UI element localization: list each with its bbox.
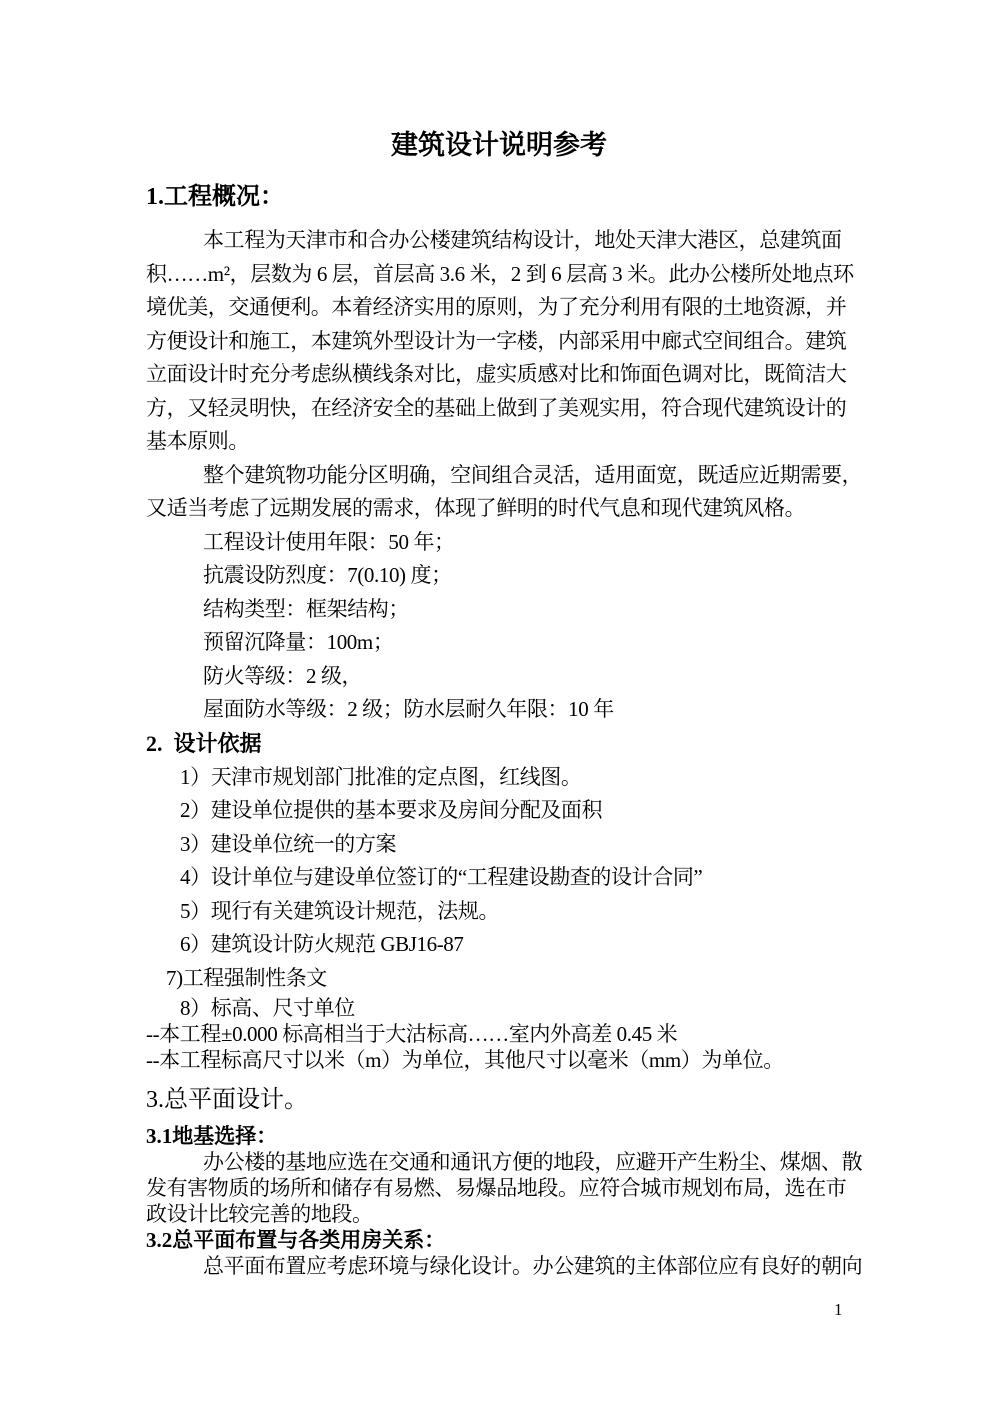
list-item-1: 1）天津市规划部门批准的定点图，红线图。	[146, 761, 852, 795]
paragraph-line: 方便设计和施工，本建筑外型设计为一字楼，内部采用中廊式空间组合。建筑	[146, 325, 852, 359]
list-item-6: 6）建筑设计防火规范 GBJ16-87	[146, 928, 852, 962]
paragraph-line: 方，又轻灵明快，在经济安全的基础上做到了美观实用，符合现代建筑设计的	[146, 392, 852, 426]
list-item-4: 4）设计单位与建设单位签订的“工程建设勘查的设计合同”	[146, 861, 852, 895]
list-item-5: 5）现行有关建筑设计规范，法规。	[146, 895, 852, 929]
section-3-2-heading: 3.2总平面布置与各类用房关系：	[146, 1227, 852, 1253]
note-line-datum: --本工程±0.000 标高相当于大沽标高……室内外高差 0.45 米	[146, 1021, 852, 1047]
paragraph-line: 立面设计时充分考虑纵横线条对比，虚实质感对比和饰面色调对比，既简洁大	[146, 358, 852, 392]
document-page: 建筑设计说明参考 1.工程概况： 本工程为天津市和合办公楼建筑结构设计，地处天津…	[0, 0, 993, 1404]
spec-line-settlement: 预留沉降量：100m；	[146, 626, 852, 660]
section-3-heading: 3.总平面设计。	[146, 1085, 852, 1115]
list-item-8: 8）标高、尺寸单位	[146, 995, 852, 1021]
paragraph-line: 又适当考虑了远期发展的需求，体现了鲜明的时代气息和现代建筑风格。	[146, 492, 852, 526]
spec-line-waterproof: 屋面防水等级：2 级；防水层耐久年限：10 年	[146, 693, 852, 727]
section-2-heading: 2. 设计依据	[146, 727, 852, 761]
page-number: 1	[834, 1300, 843, 1320]
paragraph-line: 本工程为天津市和合办公楼建筑结构设计，地处天津大港区，总建筑面	[146, 224, 852, 258]
spec-line-seismic: 抗震设防烈度：7(0.10) 度；	[146, 559, 852, 593]
document-title: 建筑设计说明参考	[146, 128, 852, 162]
note-line-units: --本工程标高尺寸以米（m）为单位，其他尺寸以毫米（mm）为单位。	[146, 1047, 852, 1073]
paragraph-line: 整个建筑物功能分区明确，空间组合灵活，适用面宽，既适应近期需要，	[146, 459, 852, 493]
section-3-1-heading: 3.1地基选择：	[146, 1123, 852, 1149]
paragraph-line: 积……m²，层数为 6 层，首层高 3.6 米，2 到 6 层高 3 米。此办公…	[146, 258, 852, 292]
paragraph-line: 发有害物质的场所和储存有易燃、易爆品地段。应符合城市规划布局，选在市	[146, 1175, 852, 1201]
list-item-7: 7)工程强制性条文	[146, 962, 852, 996]
list-item-2: 2）建设单位提供的基本要求及房间分配及面积	[146, 794, 852, 828]
paragraph-line: 境优美，交通便利。本着经济实用的原则，为了充分利用有限的土地资源，并	[146, 291, 852, 325]
paragraph-line: 办公楼的基地应选在交通和通讯方便的地段，应避开产生粉尘、煤烟、散	[146, 1149, 852, 1175]
document-content: 建筑设计说明参考 1.工程概况： 本工程为天津市和合办公楼建筑结构设计，地处天津…	[146, 0, 852, 1279]
paragraph-line: 政设计比较完善的地段。	[146, 1201, 852, 1227]
spec-line-structure-type: 结构类型：框架结构；	[146, 593, 852, 627]
spec-line-design-life: 工程设计使用年限：50 年；	[146, 526, 852, 560]
paragraph-line: 基本原则。	[146, 425, 852, 459]
paragraph-line: 总平面布置应考虑环境与绿化设计。办公建筑的主体部位应有良好的朝向	[146, 1253, 852, 1279]
section-1-heading: 1.工程概况：	[146, 182, 852, 212]
spec-line-fire-rating: 防火等级：2 级，	[146, 660, 852, 694]
list-item-3: 3）建设单位统一的方案	[146, 828, 852, 862]
